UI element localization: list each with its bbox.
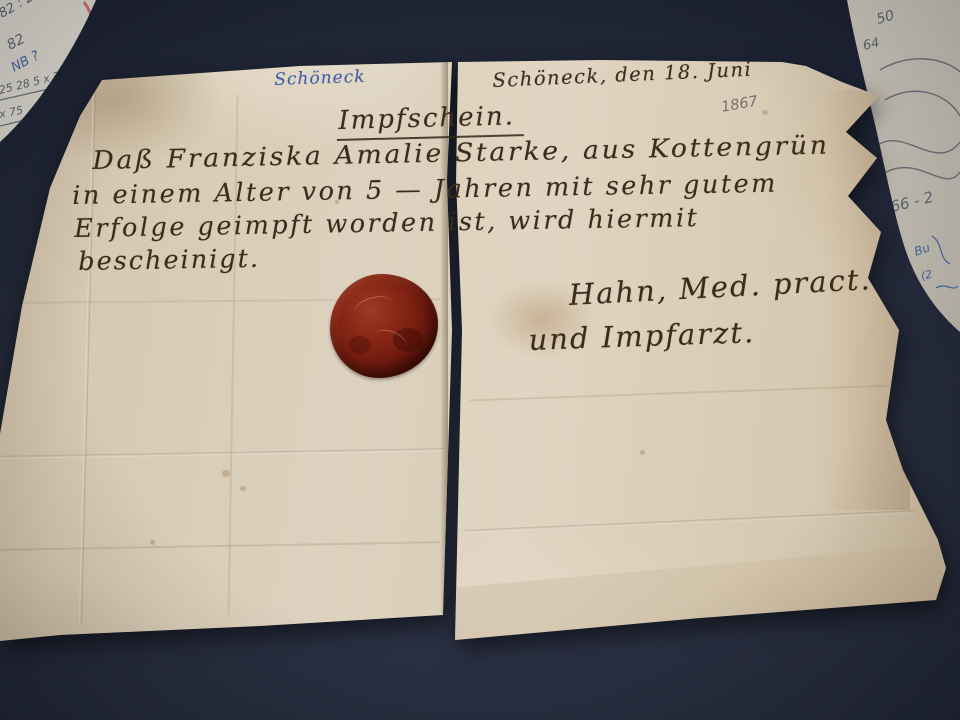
archival-note-blue-ink: Schöneck xyxy=(274,67,366,90)
certificate-title: Impfschein. xyxy=(336,101,523,141)
signature-line-1: Hahn, Med. pract. xyxy=(568,262,872,312)
year-pencil-note: 1867 xyxy=(720,94,759,116)
red-wax-seal xyxy=(330,274,438,378)
signature-line-2: und Impfarzt. xyxy=(528,315,756,357)
photo-of-historical-document: 82 : 2 82 NB ? 25 28 5 x 25 x 75 99 50 6… xyxy=(0,0,960,720)
dateline: Schöneck, den 18. Juni xyxy=(492,58,753,92)
document-content: Schöneck Schöneck, den 18. Juni 1867 Imp… xyxy=(0,0,960,720)
body-line-4: bescheinigt. xyxy=(78,244,260,277)
seal-texture xyxy=(349,336,371,354)
seal-highlight xyxy=(352,292,396,324)
